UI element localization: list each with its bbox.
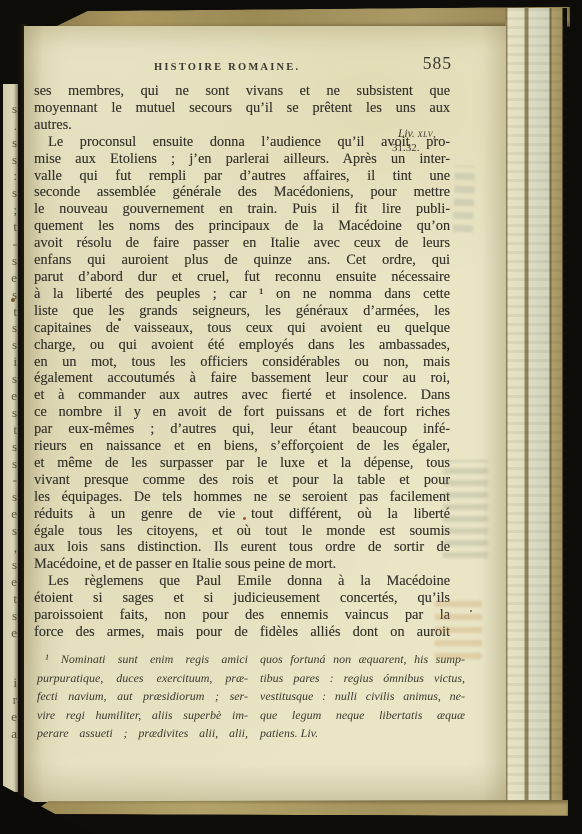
text-line: capitaines de vaisseaux, tous ceux qui a…	[34, 320, 450, 337]
text-line: Le proconsul ensuite donna l’audience qu…	[34, 134, 450, 151]
text-line: valle qui fut rempli par d’autres affair…	[34, 168, 450, 185]
book-scan: s.ss:s;t-sestssisestss-ses,setseirea HIS…	[0, 0, 582, 834]
book-page: HISTOIRE ROMAINE. 585 ses membres, qui n…	[24, 26, 506, 802]
text-line: en un mot, tous les officiers considérab…	[34, 354, 450, 371]
footnote-line: vestitusque : nulli civilis animus, ne-	[260, 687, 465, 706]
footnote-line: que legum neque libertatis æquæ	[260, 706, 465, 725]
footnote-line: purpuratique, duces exercituum, præ-	[37, 669, 248, 688]
text-line: réduits à un genre de vie tout différent…	[34, 506, 450, 523]
text-line: seconde assemblée générale des Macédonie…	[34, 184, 450, 201]
footnote-left-column: ¹ Nominati sunt enim regis amicipurpurat…	[37, 650, 248, 743]
showthrough-smudge-middle	[443, 460, 488, 558]
ink-speck	[118, 318, 121, 321]
page-edges-right	[505, 8, 567, 814]
body-text: ses membres, qui ne sont vivans et ne su…	[34, 83, 450, 641]
text-line: étoient si sages et si judicieusement co…	[34, 590, 450, 607]
text-line: égale tous les citoyens, et où tout le m…	[34, 523, 450, 540]
text-line: charge, ou qui avoient été employés dans…	[34, 337, 450, 354]
page-number: 585	[423, 53, 452, 74]
footnote-right-column: quos fortuná non æquarent, his sump-tibu…	[260, 650, 465, 743]
text-line: liste que les grands seigneurs, les géné…	[34, 303, 450, 320]
footnote-line: vire regi humiliter, aliis superbè im-	[37, 706, 248, 725]
text-line: et même de les surpasser par le luxe et …	[34, 455, 450, 472]
text-line: rieurs en naissance et en biens, s’effor…	[34, 438, 450, 455]
running-header-title: HISTOIRE ROMAINE.	[154, 62, 296, 73]
text-line: Macédoine, et de passer en Italie sous p…	[34, 556, 450, 573]
text-line: ses membres, qui ne sont vivans et ne su…	[34, 83, 450, 100]
text-line: et à commander aux autres avec fierté et…	[34, 387, 450, 404]
text-line: le nouveau gouvernement en train. Puis i…	[34, 201, 450, 218]
footnote-line: perare assueti ; prædivites alii, alii,	[37, 724, 248, 743]
foxing-speck	[243, 517, 246, 520]
text-line: moyennant le mutuel secours qu’il se prê…	[34, 100, 450, 117]
text-line: avoit résolu de faire passer en Italie a…	[34, 235, 450, 252]
text-line: à la liberté des peuples ; car ¹ on ne n…	[34, 286, 450, 303]
margin-note-book: xlv,	[418, 128, 437, 140]
text-line: vivant presque comme des rois et pour la…	[34, 472, 450, 489]
text-line: aux lois sans distinction. Ils eurent to…	[34, 539, 450, 556]
text-line: les équipages. De tels hommes ne se sero…	[34, 489, 450, 506]
text-line: également accoutumés à faire bassement l…	[34, 370, 450, 387]
footnote-line: patiens. Liv.	[260, 724, 465, 743]
text-line: Les règlemens que Paul Emile donna à la …	[34, 573, 450, 590]
footnote-line: fecti navium, aut præsidiorum ; ser-	[37, 687, 248, 706]
margin-note-chapters: 31.32.	[392, 142, 478, 155]
foxing-speck	[470, 610, 472, 612]
margin-note: Liv. xlv, 31.32.	[398, 128, 478, 155]
text-line: mise aux Etoliens ; j’en parlerai ailleu…	[34, 151, 450, 168]
margin-note-reference: Liv. xlv,	[398, 128, 478, 141]
showthrough-smudge-top	[453, 166, 475, 233]
text-line: force des armes, mais pour de fidèles al…	[34, 624, 450, 641]
footnote-line: tibus pares : regius ómnibus victus,	[260, 669, 465, 688]
text-line: autres.	[34, 117, 450, 134]
footnote: ¹ Nominati sunt enim regis amicipurpurat…	[37, 650, 465, 743]
footnote-line: ¹ Nominati sunt enim regis amici	[37, 650, 248, 669]
text-line: ce nombre il y en avoit de fort puissans…	[34, 404, 450, 421]
text-line: enfans qui auroient plus de quinze ans. …	[34, 252, 450, 269]
text-line: quement les noms des principaux de la Ma…	[34, 218, 450, 235]
text-line: par eux-mêmes ; d’autres qui, leur étant…	[34, 421, 450, 438]
margin-note-source: Liv.	[398, 128, 415, 140]
foxing-speck	[11, 298, 15, 302]
text-line: paroissoient faits, non pour des ennemis…	[34, 607, 450, 624]
text-line: parut d’abord dur et cruel, fut reconnu …	[34, 269, 450, 286]
showthrough-smudge-bottom	[435, 595, 482, 659]
